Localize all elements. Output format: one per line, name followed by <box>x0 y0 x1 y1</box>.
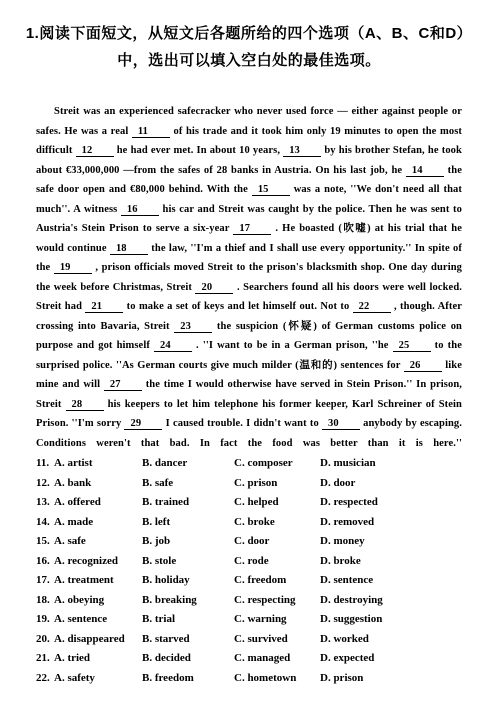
question-row-16: 16.A. recognizedB. stoleC. rodeD. broke <box>36 552 462 572</box>
answer-blank-19: 19 <box>54 262 92 274</box>
question-number: 14. <box>36 513 54 533</box>
option-a: A. obeying <box>54 591 142 611</box>
option-c: C. broke <box>234 513 320 533</box>
answer-blank-20: 20 <box>195 282 233 294</box>
option-c: C. hometown <box>234 669 320 689</box>
option-b: B. trial <box>142 610 234 630</box>
option-a: A. offered <box>54 493 142 513</box>
document-page: 1.阅读下面短文，从短文后各题所给的四个选项（A、B、C和D）中，选出可以填入空… <box>0 0 496 702</box>
option-b: B. left <box>142 513 234 533</box>
option-c: C. freedom <box>234 571 320 591</box>
option-c: C. warning <box>234 610 320 630</box>
answer-blank-24: 24 <box>154 340 192 352</box>
question-row-12: 12.A. bankB. safeC. prisonD. door <box>36 474 462 494</box>
option-d: D. musician <box>320 454 462 474</box>
question-number: 13. <box>36 493 54 513</box>
option-c: C. survived <box>234 630 320 650</box>
answer-blank-22: 22 <box>353 301 391 313</box>
question-number: 20. <box>36 630 54 650</box>
option-b: B. decided <box>142 649 234 669</box>
option-a: A. bank <box>54 474 142 494</box>
answer-blank-17: 17 <box>233 223 271 235</box>
answer-blank-28: 28 <box>66 399 104 411</box>
passage: Streit was an experienced safecracker wh… <box>36 102 462 453</box>
answer-blank-15: 15 <box>252 184 290 196</box>
option-a: A. artist <box>54 454 142 474</box>
option-d: D. destroying <box>320 591 462 611</box>
answer-blank-26: 26 <box>404 360 442 372</box>
answer-blank-23: 23 <box>174 321 212 333</box>
answer-blank-13: 13 <box>283 145 321 157</box>
answer-blank-14: 14 <box>406 165 444 177</box>
question-row-13: 13.A. offeredB. trainedC. helpedD. respe… <box>36 493 462 513</box>
answer-blank-27: 27 <box>104 379 142 391</box>
option-b: B. trained <box>142 493 234 513</box>
question-number: 12. <box>36 474 54 494</box>
question-number: 18. <box>36 591 54 611</box>
question-row-17: 17.A. treatmentB. holidayC. freedomD. se… <box>36 571 462 591</box>
option-b: B. freedom <box>142 669 234 689</box>
option-a: A. safe <box>54 532 142 552</box>
question-number: 21. <box>36 649 54 669</box>
page-title: 1.阅读下面短文，从短文后各题所给的四个选项（A、B、C和D）中，选出可以填入空… <box>14 20 484 74</box>
option-a: A. safety <box>54 669 142 689</box>
option-c: C. composer <box>234 454 320 474</box>
option-a: A. sentence <box>54 610 142 630</box>
option-b: B. dancer <box>142 454 234 474</box>
answer-blank-16: 16 <box>121 204 159 216</box>
option-d: D. money <box>320 532 462 552</box>
question-row-22: 22.A. safetyB. freedomC. hometownD. pris… <box>36 669 462 689</box>
question-number: 11. <box>36 454 54 474</box>
option-c: C. helped <box>234 493 320 513</box>
question-number: 16. <box>36 552 54 572</box>
question-row-11: 11.A. artistB. dancerC. composerD. music… <box>36 454 462 474</box>
question-row-20: 20.A. disappearedB. starvedC. survivedD.… <box>36 630 462 650</box>
option-d: D. prison <box>320 669 462 689</box>
option-c: C. rode <box>234 552 320 572</box>
option-d: D. broke <box>320 552 462 572</box>
option-a: A. recognized <box>54 552 142 572</box>
question-number: 15. <box>36 532 54 552</box>
option-c: C. respecting <box>234 591 320 611</box>
option-b: B. starved <box>142 630 234 650</box>
option-b: B. stole <box>142 552 234 572</box>
question-number: 19. <box>36 610 54 630</box>
option-d: D. expected <box>320 649 462 669</box>
answer-blank-29: 29 <box>124 418 162 430</box>
answer-blank-18: 18 <box>110 243 148 255</box>
answer-blank-21: 21 <box>85 301 123 313</box>
option-c: C. prison <box>234 474 320 494</box>
option-d: D. respected <box>320 493 462 513</box>
answer-blank-12: 12 <box>76 145 114 157</box>
question-row-14: 14.A. madeB. leftC. brokeD. removed <box>36 513 462 533</box>
answer-blank-30: 30 <box>322 418 360 430</box>
question-row-15: 15.A. safeB. jobC. doorD. money <box>36 532 462 552</box>
answer-blank-11: 11 <box>132 126 170 138</box>
option-c: C. managed <box>234 649 320 669</box>
option-d: D. door <box>320 474 462 494</box>
option-b: B. job <box>142 532 234 552</box>
option-b: B. breaking <box>142 591 234 611</box>
question-number: 17. <box>36 571 54 591</box>
question-row-18: 18.A. obeyingB. breakingC. respectingD. … <box>36 591 462 611</box>
option-c: C. door <box>234 532 320 552</box>
option-a: A. disappeared <box>54 630 142 650</box>
question-row-21: 21.A. triedB. decidedC. managedD. expect… <box>36 649 462 669</box>
questions: 11.A. artistB. dancerC. composerD. music… <box>36 454 462 688</box>
answer-blank-25: 25 <box>393 340 431 352</box>
option-d: D. suggestion <box>320 610 462 630</box>
option-b: B. safe <box>142 474 234 494</box>
option-a: A. treatment <box>54 571 142 591</box>
option-d: D. sentence <box>320 571 462 591</box>
question-row-19: 19.A. sentenceB. trialC. warningD. sugge… <box>36 610 462 630</box>
question-number: 22. <box>36 669 54 689</box>
option-a: A. made <box>54 513 142 533</box>
option-d: D. worked <box>320 630 462 650</box>
option-b: B. holiday <box>142 571 234 591</box>
option-a: A. tried <box>54 649 142 669</box>
option-d: D. removed <box>320 513 462 533</box>
